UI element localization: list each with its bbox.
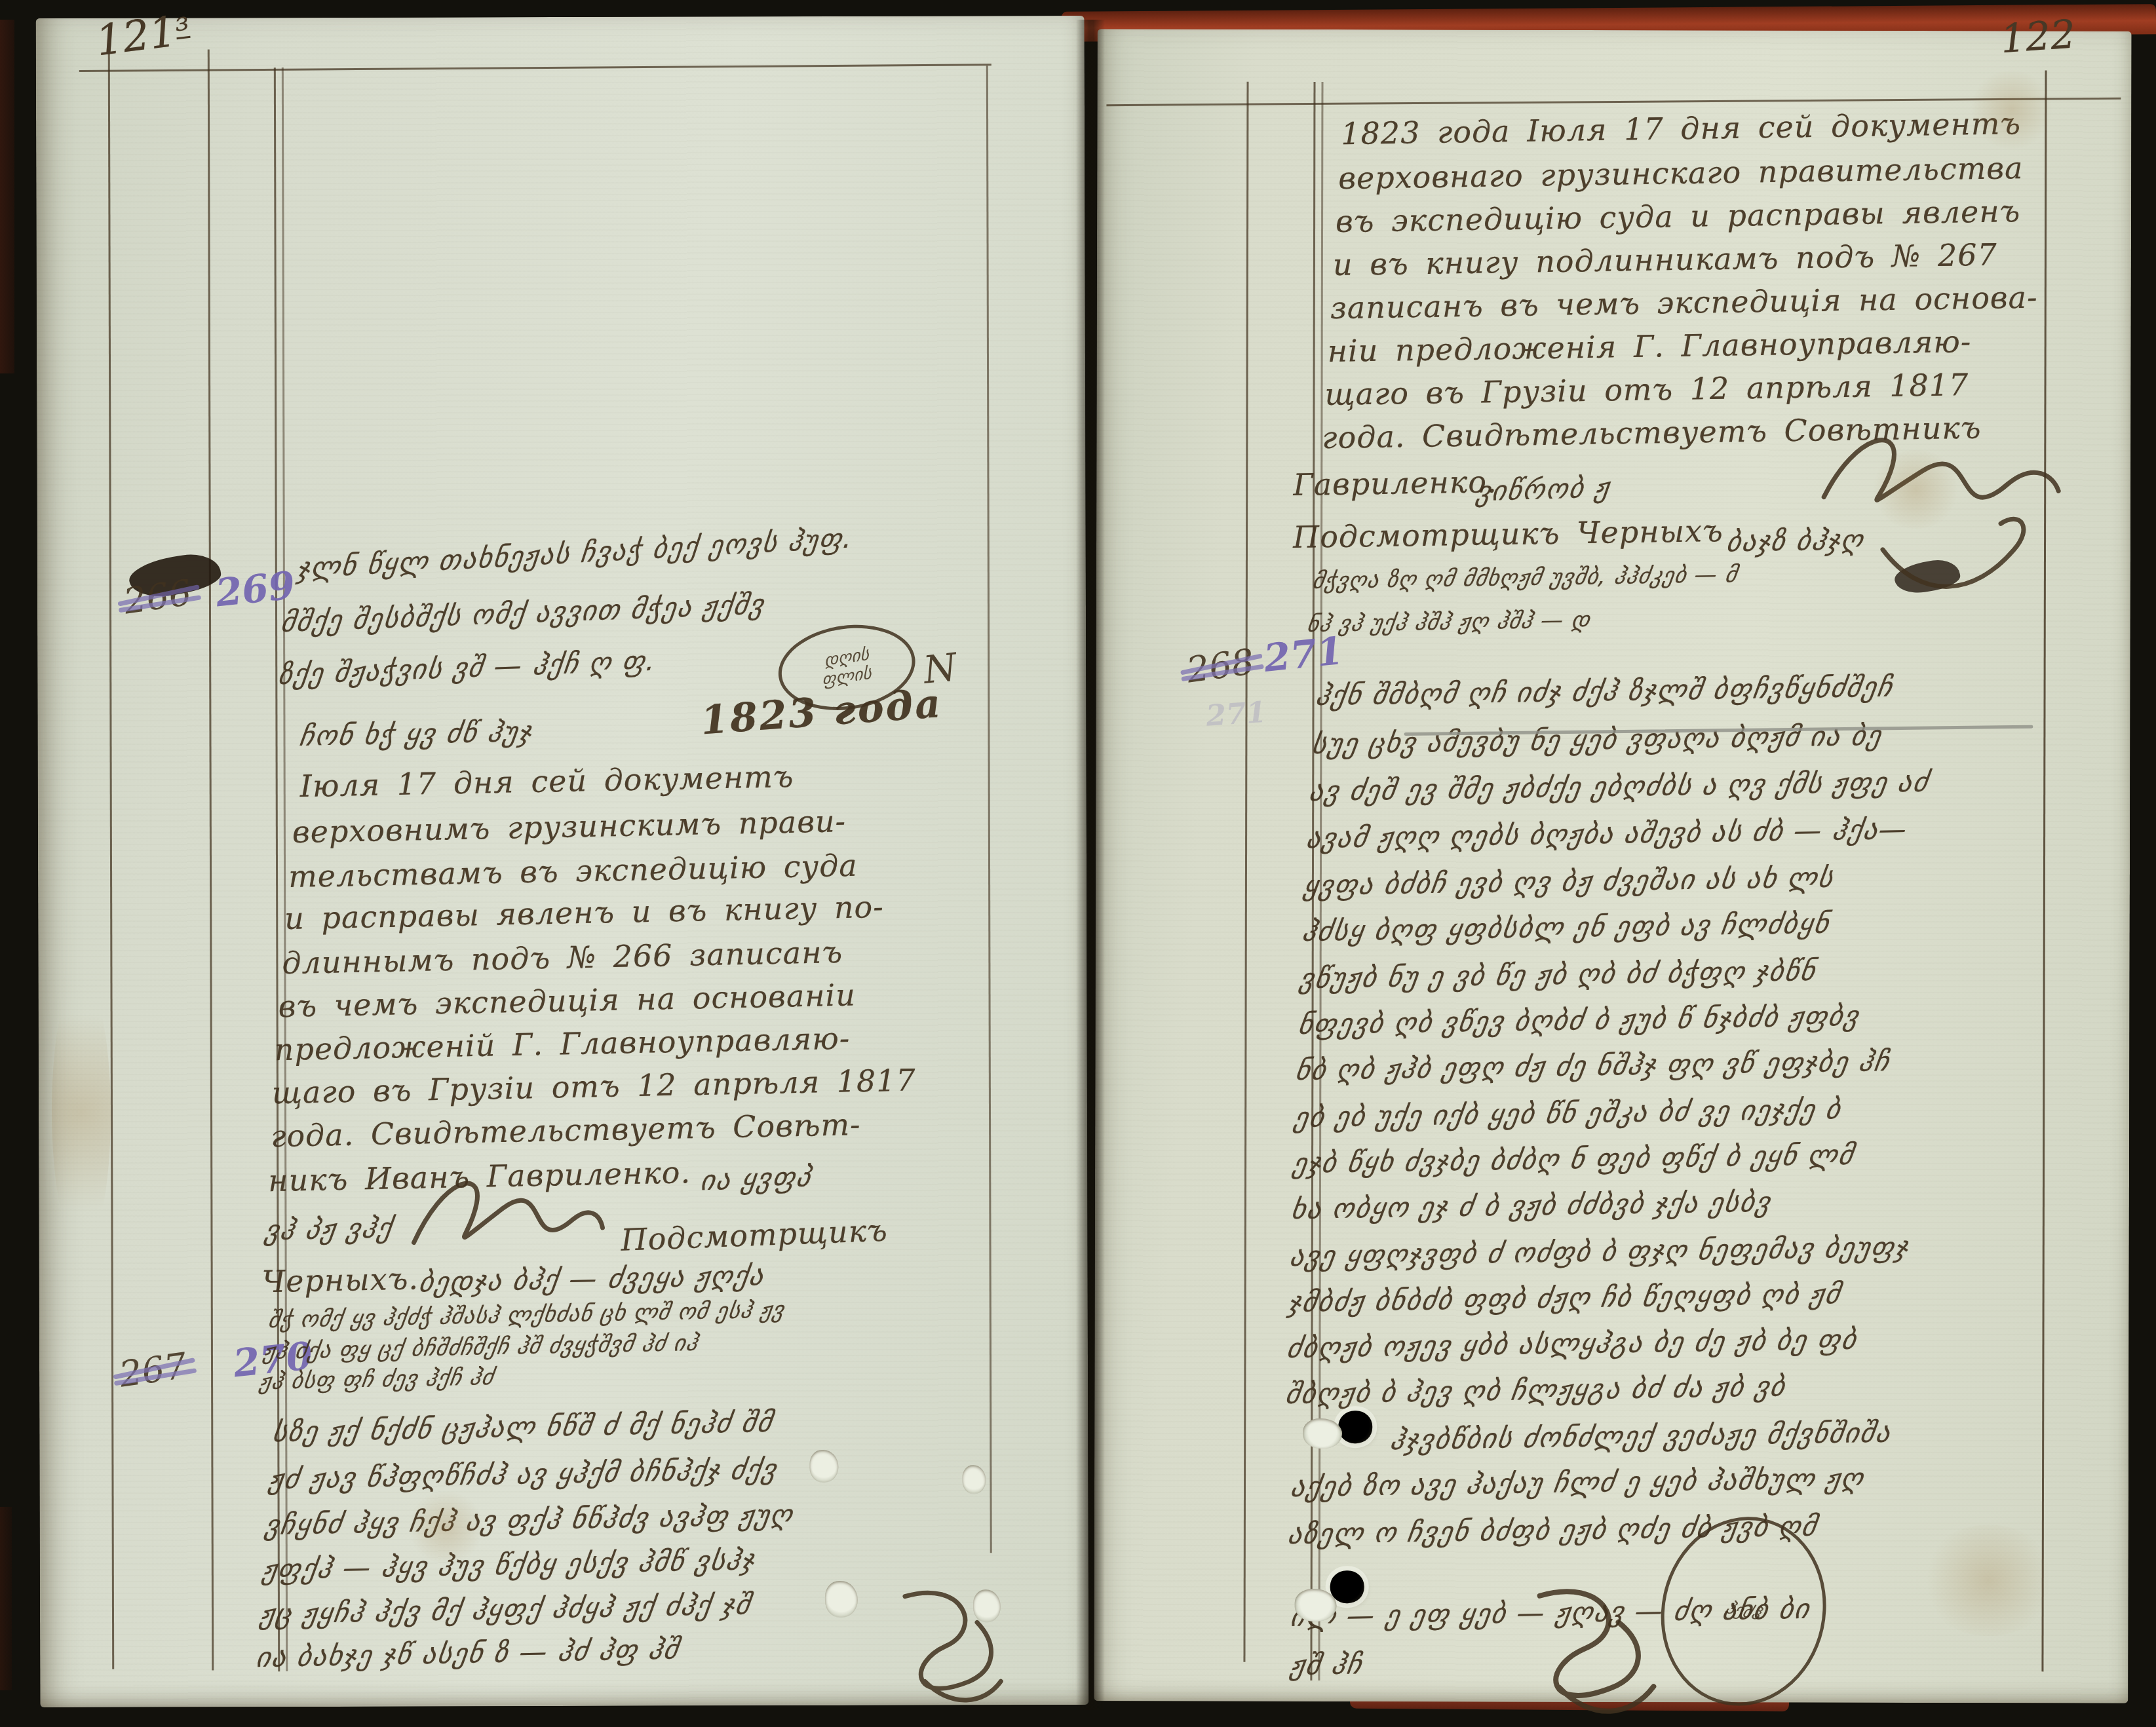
handwritten-line: Черныхъ.	[261, 1261, 419, 1299]
right-entry-ghost-number: 271	[1205, 696, 1267, 733]
torn-hole	[962, 1465, 986, 1494]
left-circled-annotation-text: დღის ფლის	[822, 645, 872, 691]
end-signature-flourish-icon	[1513, 1576, 1670, 1727]
handwritten-line: Гавриленко.	[1293, 464, 1497, 503]
book-cover-left-edge-lower	[0, 1507, 12, 1690]
paper-stain	[1969, 70, 2054, 149]
handwritten-line: Подсмотрщикъ Черныхъ	[1293, 513, 1723, 555]
paper-stain	[1920, 1525, 2058, 1636]
paper-stain	[1870, 450, 1961, 529]
left-page-number-value: 121	[94, 8, 179, 66]
handwritten-line: ია ყვფპ	[699, 1160, 814, 1197]
punch-hole	[1330, 1570, 1364, 1603]
torn-hole	[973, 1589, 1001, 1622]
punch-hole	[1338, 1411, 1372, 1443]
torn-hole	[1295, 1589, 1337, 1622]
right-page-number-value: 122	[1999, 12, 2077, 63]
book-cover-left-edge	[0, 20, 14, 373]
torn-hole	[825, 1581, 858, 1618]
manuscript-scan: 121з 266 269 267 270 ჯლნ წყლ თახნეჟას ჩვ…	[0, 0, 2156, 1727]
right-page-number: 122	[1999, 12, 2077, 63]
left-page-number-suffix: з	[173, 7, 191, 39]
torn-hole	[809, 1450, 838, 1483]
right-circled-annotation-text: ჰეძჰ	[1723, 1599, 1764, 1623]
handwritten-line: ჟშ ჰჩ	[1288, 1648, 1366, 1681]
handwritten-line: ჟჰ ბსფ ფჩ ძევ ჰქჩ ჰძ	[258, 1364, 496, 1395]
paper-stain	[51, 975, 111, 1250]
paper-stain	[407, 1491, 486, 1563]
right-page: 122 268 271 271 1823 года Іюля 17 дня се…	[1094, 29, 2131, 1703]
left-page: 121з 266 269 267 270 ჯლნ წყლ თახნეჟას ჩვ…	[36, 16, 1089, 1707]
book-gutter-shadow	[1076, 20, 1105, 1710]
handwritten-line: ნჰ ვჰ უქჰ ჰშჰ ჟღ ჰშჰ — დ	[1305, 607, 1593, 637]
handwritten-line: ვჰ პჟ ვჰქ	[263, 1211, 396, 1246]
handwritten-line: ჩონ ხჭ ყვ ძწ ჰუჯ	[298, 715, 535, 752]
torn-hole	[1303, 1418, 1342, 1449]
signature-flourish-icon	[406, 1165, 609, 1264]
left-oval-after-letter: N	[921, 645, 959, 693]
handwritten-line: ვიწრობ ჟ	[1474, 471, 1613, 508]
